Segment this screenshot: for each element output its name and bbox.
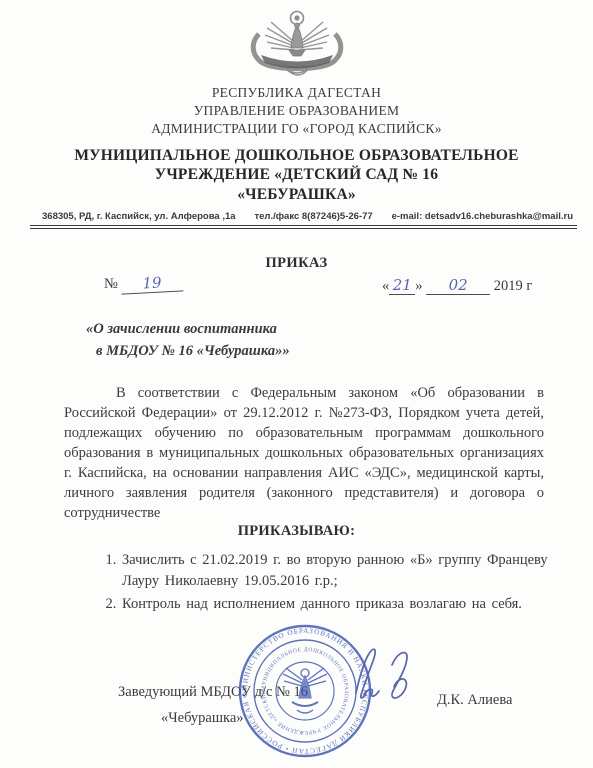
order-date: «21» 02 2019 г (382, 276, 532, 295)
order-number-label: № (104, 276, 118, 292)
org-name-line1: МУНИЦИПАЛЬНОЕ ДОШКОЛЬНОЕ ОБРАЗОВАТЕЛЬНОЕ (0, 146, 593, 165)
date-open-quote: « (382, 278, 389, 294)
signer-name: Д.К. Алиева (437, 692, 512, 709)
document-page: РЕСПУБЛИКА ДАГЕСТАН УПРАВЛЕНИЕ ОБРАЗОВАН… (0, 0, 593, 768)
subject-line2: в МБДОУ № 16 «Чебурашка»» (86, 340, 290, 362)
order-item-2: Контроль над исполнением данного приказа… (122, 594, 570, 615)
order-item-1: Зачислить с 21.02.2019 г. во вторую ранн… (122, 550, 570, 591)
resolve-word: ПРИКАЗЫВАЮ: (0, 523, 593, 540)
order-items-list: Зачислить с 21.02.2019 г. во вторую ранн… (100, 550, 570, 618)
date-close-quote: » (415, 278, 422, 294)
subject-line1: «О зачислении воспитанника (86, 318, 290, 340)
order-date-day-handwritten: 21 (389, 276, 415, 295)
order-date-year: 2019 г (494, 278, 533, 294)
contact-email: e-mail: detsadv16.cheburashka@mail.ru (392, 211, 573, 222)
signer-position-line2: «Чебурашка» (161, 710, 244, 727)
department-line: УПРАВЛЕНИЕ ОБРАЗОВАНИЕМ (0, 102, 593, 120)
order-number-value-handwritten: 19 (121, 272, 184, 294)
org-name-line2: УЧРЕЖДЕНИЕ «ДЕТСКИЙ САД № 16 (0, 165, 593, 184)
org-name-line3: «ЧЕБУРАШКА» (0, 185, 593, 204)
order-title: ПРИКАЗ (0, 255, 593, 272)
organization-name: МУНИЦИПАЛЬНОЕ ДОШКОЛЬНОЕ ОБРАЗОВАТЕЛЬНОЕ… (0, 146, 593, 204)
order-date-month-handwritten: 02 (426, 276, 490, 295)
dagestan-coat-of-arms-icon (241, 8, 353, 87)
government-header: РЕСПУБЛИКА ДАГЕСТАН УПРАВЛЕНИЕ ОБРАЗОВАН… (0, 84, 593, 137)
contact-phone: тел./факс 8(87246)5-26-77 (255, 211, 373, 222)
stamp-eagle-icon (283, 668, 327, 713)
order-subject: «О зачислении воспитанника в МБДОУ № 16 … (86, 318, 290, 363)
administration-line: АДМИНИСТРАЦИИ ГО «ГОРОД КАСПИЙСК» (0, 120, 593, 138)
signature-handwriting (348, 645, 432, 712)
republic-line: РЕСПУБЛИКА ДАГЕСТАН (0, 84, 593, 102)
contact-address: 368305, РД, г. Каспийск, ул. Алферова ,1… (42, 211, 236, 222)
order-number: № 19 (104, 274, 183, 293)
contact-strip: 368305, РД, г. Каспийск, ул. Алферова ,1… (30, 211, 577, 229)
body-paragraph: В соответствии с Федеральным законом «Об… (64, 383, 544, 523)
